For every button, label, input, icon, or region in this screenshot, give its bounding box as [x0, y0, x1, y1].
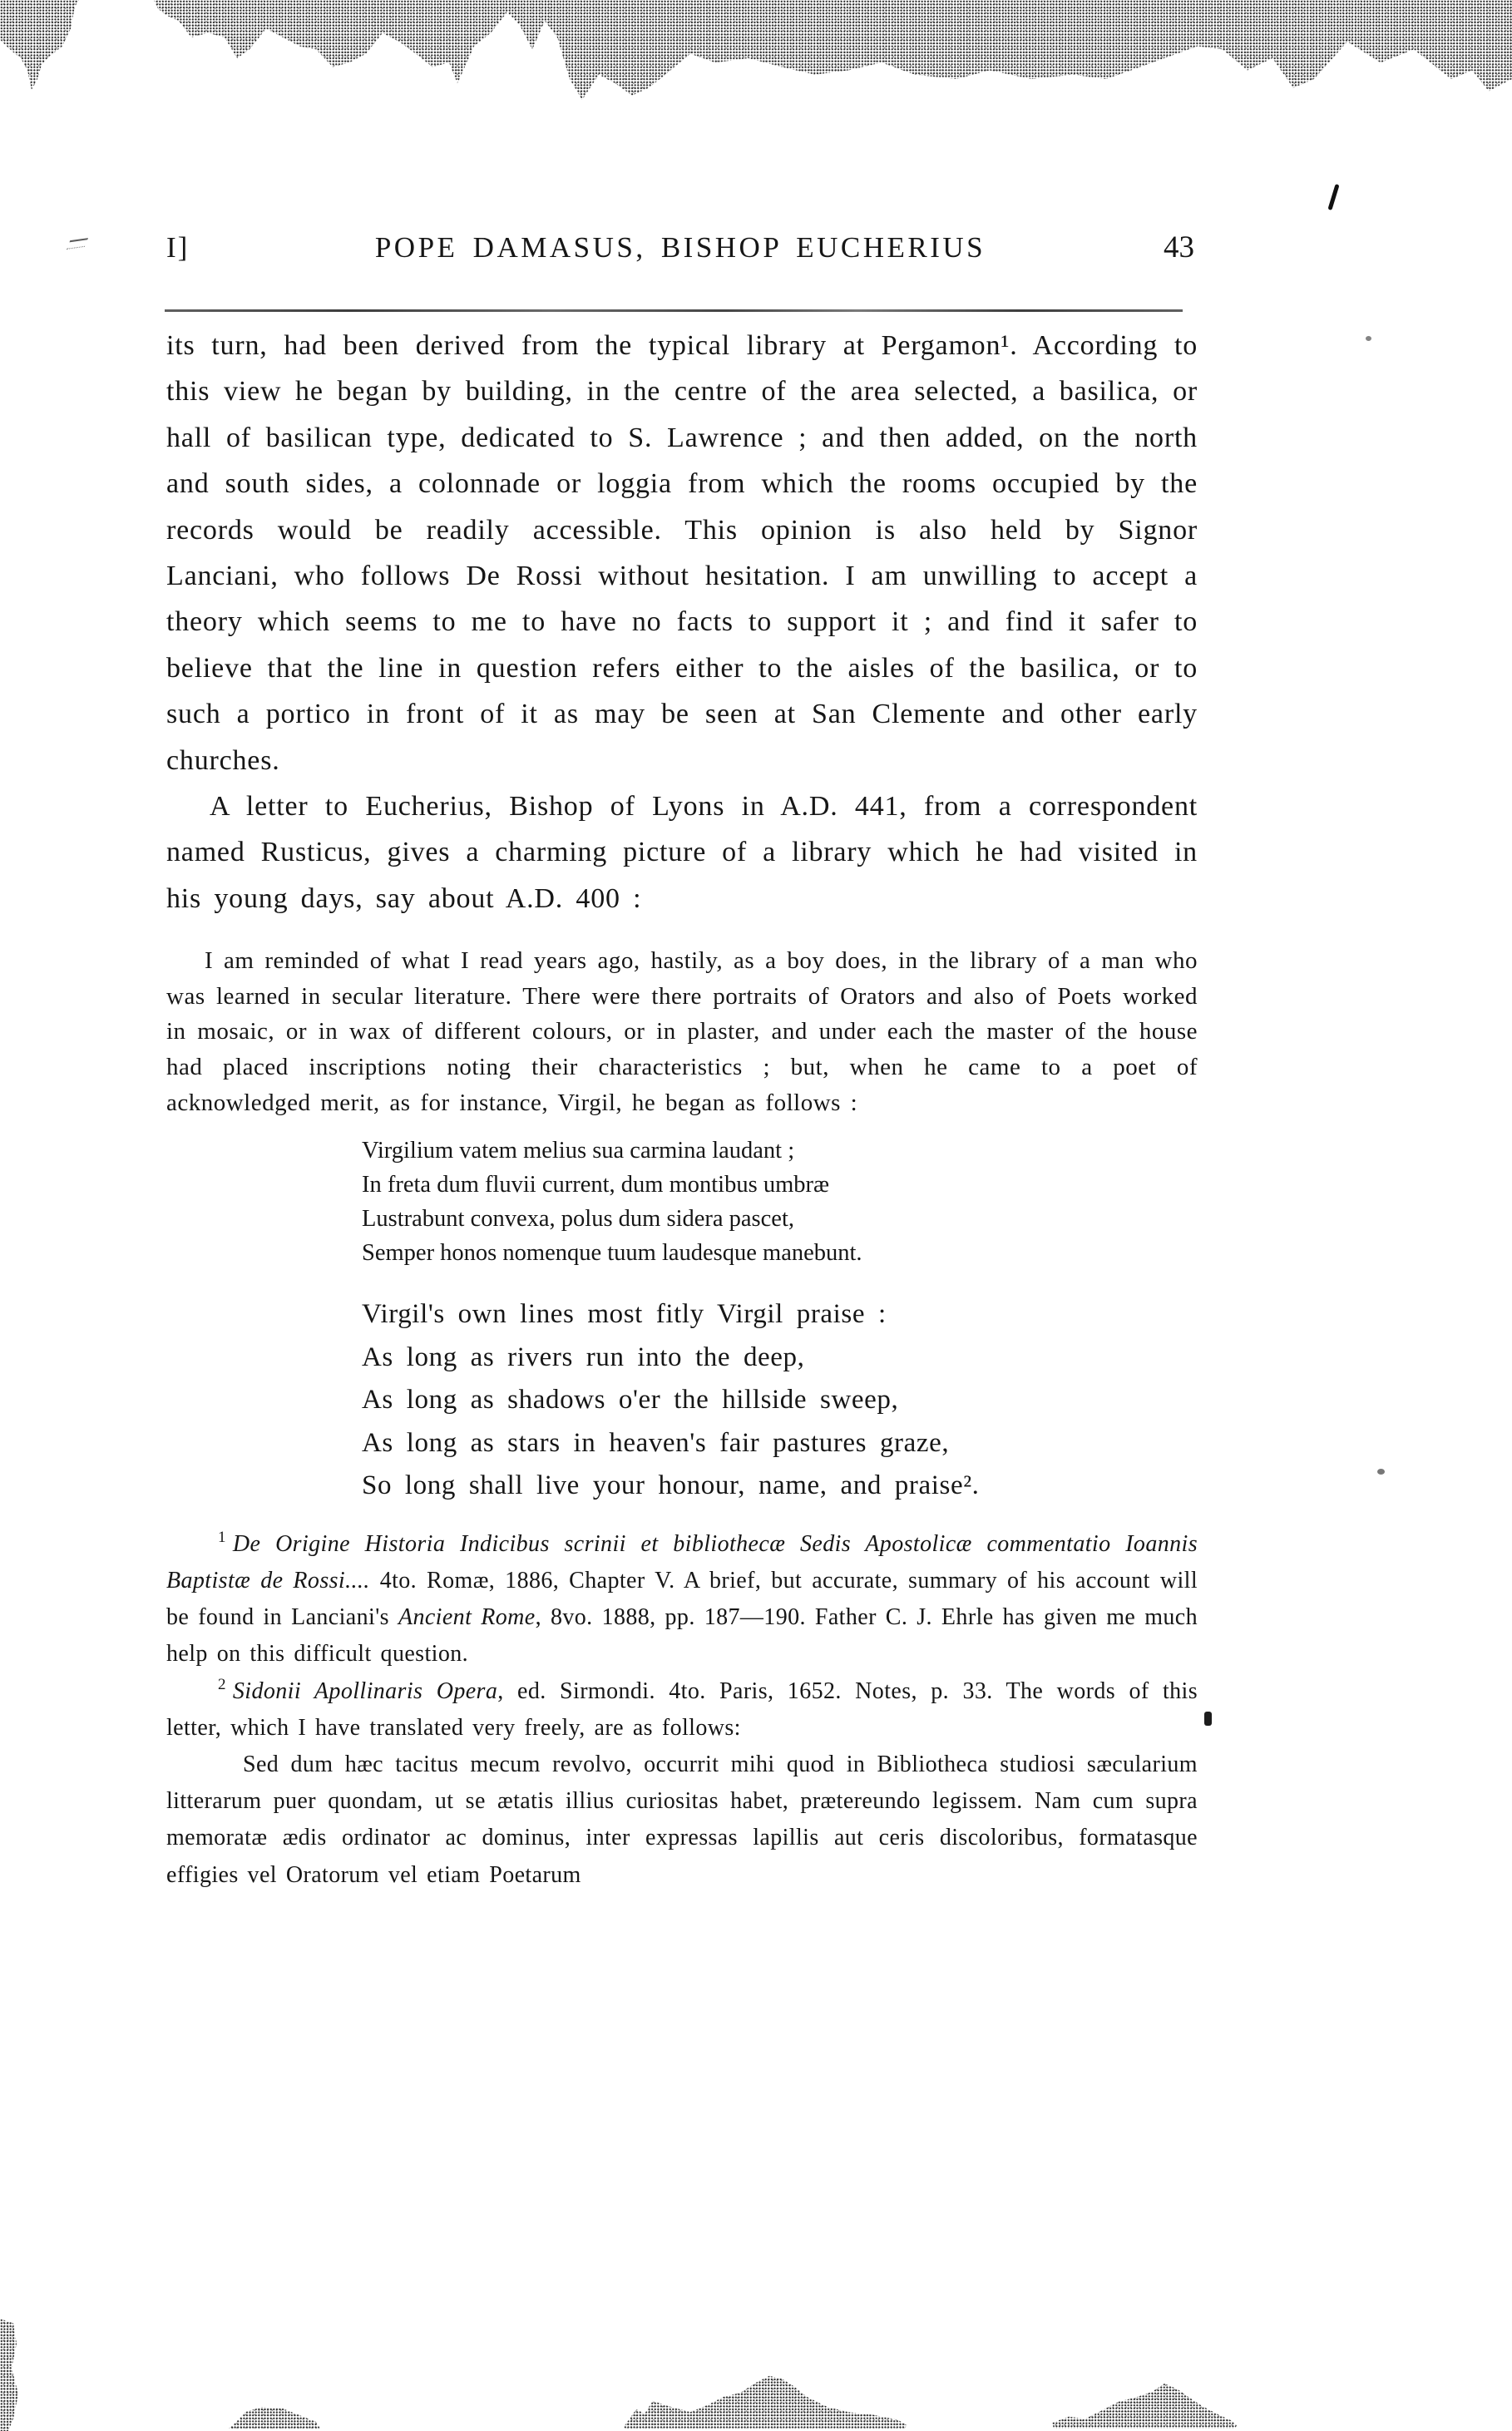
scan-noise-mound [1052, 2377, 1239, 2429]
body-paragraph-2: A letter to Eucherius, Bishop of Lyons i… [166, 783, 1198, 922]
page-number: 43 [1086, 230, 1194, 265]
verse-line: In freta dum fluvii current, dum montibu… [362, 1168, 1198, 1202]
verse-line: As long as stars in heaven's fair pastur… [362, 1422, 1198, 1465]
stray-speck [1366, 336, 1371, 341]
footnote-marker: 1 [218, 1529, 226, 1546]
verse-line: Semper honos nomenque tuum laudesque man… [362, 1236, 1198, 1270]
running-title: POPE DAMASUS, BISHOP EUCHERIUS [274, 231, 1086, 264]
footnote-latin-quotation: Sed dum hæc tacitus mecum revolvo, occur… [166, 1747, 1198, 1894]
signature-mark: I] [166, 231, 274, 264]
scan-noise-mound [225, 2402, 324, 2429]
verse-line: So long shall live your honour, name, an… [362, 1465, 1198, 1508]
page-header: I] POPE DAMASUS, BISHOP EUCHERIUS 43 [166, 230, 1194, 265]
stray-ink-mark [67, 238, 88, 250]
verse-line: Virgil's own lines most fitly Virgil pra… [362, 1293, 1198, 1337]
scan-noise-mound [624, 2372, 907, 2429]
footnotes-section: 1De Origine Historia Indicibus scrinii e… [166, 1526, 1198, 1894]
body-paragraph-1: its turn, had been derived from the typi… [166, 323, 1198, 783]
stray-speck [1204, 1712, 1212, 1726]
quotation-paragraph: I am reminded of what I read years ago, … [166, 943, 1198, 1120]
scanned-book-page: I] POPE DAMASUS, BISHOP EUCHERIUS 43 its… [0, 0, 1512, 2431]
footnote-1: 1De Origine Historia Indicibus scrinii e… [166, 1526, 1198, 1673]
footnote-1-work: Ancient Rome [398, 1604, 536, 1630]
footnote-2-title: Sidonii Apollinaris Opera [233, 1678, 497, 1704]
header-rule [165, 309, 1183, 312]
verse-line: Lustrabunt convexa, polus dum sidera pas… [362, 1202, 1198, 1236]
verse-line: Virgilium vatem melius sua carmina lauda… [362, 1134, 1198, 1168]
text-block: its turn, had been derived from the typi… [166, 323, 1198, 1894]
verse-line: As long as rivers run into the deep, [362, 1337, 1198, 1380]
verse-line: As long as shadows o'er the hillside swe… [362, 1379, 1198, 1422]
latin-verse: Virgilium vatem melius sua carmina lauda… [362, 1134, 1198, 1270]
stray-ink-mark [1327, 184, 1339, 210]
english-verse: Virgil's own lines most fitly Virgil pra… [362, 1293, 1198, 1508]
scan-noise-left-strip [0, 2319, 22, 2431]
footnote-marker: 2 [218, 1676, 226, 1693]
footnote-2: 2Sidonii Apollinaris Opera, ed. Sirmondi… [166, 1673, 1198, 1747]
stray-speck [1377, 1469, 1385, 1475]
scan-noise-top-band [0, 0, 1512, 110]
